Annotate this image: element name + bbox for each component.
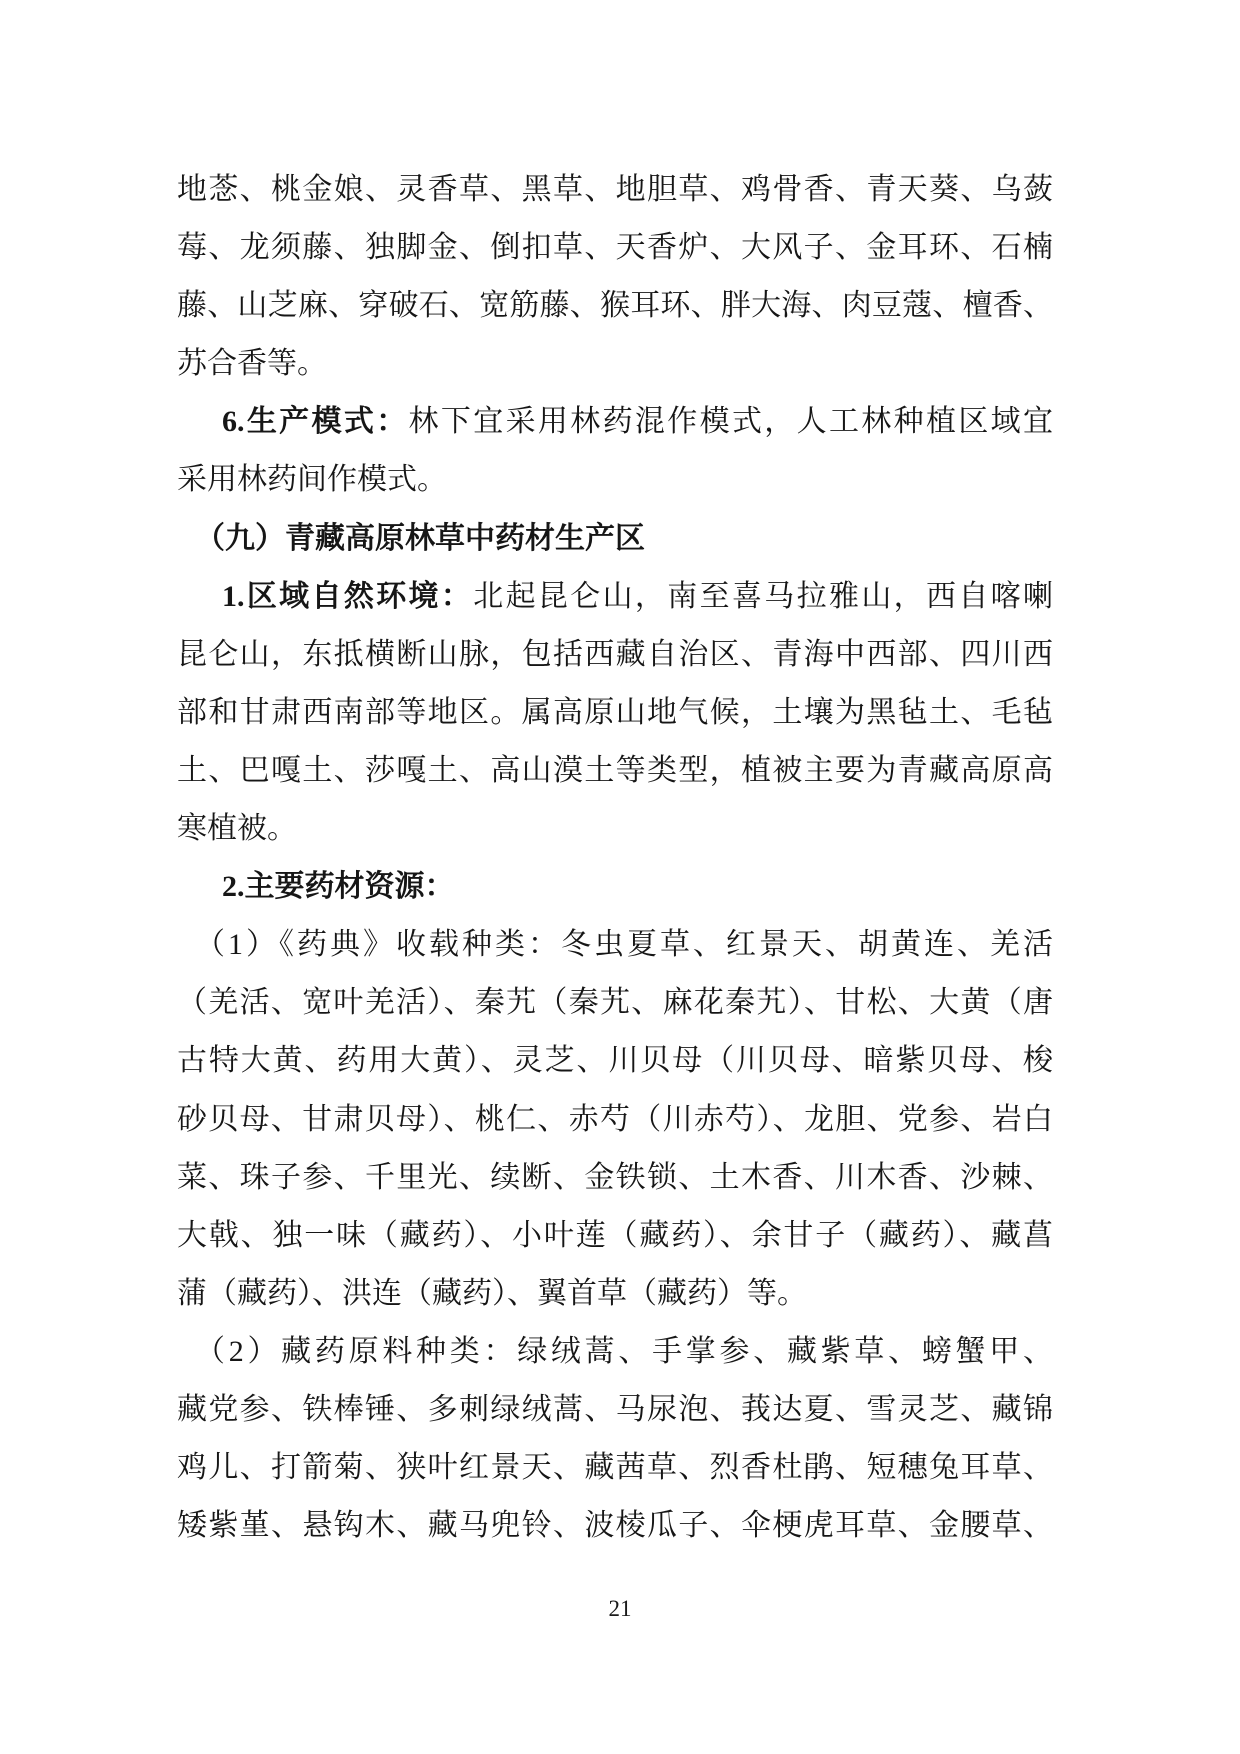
text-line: （九）青藏高原林草中药材生产区	[177, 510, 1053, 568]
text-line: （1）《药典》收载种类：冬虫夏草、红景天、胡黄连、羌活	[177, 916, 1053, 974]
heading-run: 1.区域自然环境：	[222, 580, 473, 613]
text-line: 昆仑山，东抵横断山脉，包括西藏自治区、青海中西部、四川西	[177, 626, 1053, 684]
heading-run: 6.生产模式：	[222, 405, 409, 438]
text-line: （2）藏药原料种类：绿绒蒿、手掌参、藏紫草、螃蟹甲、	[177, 1323, 1053, 1381]
text-line: 地菍、桃金娘、灵香草、黑草、地胆草、鸡骨香、青天葵、乌蔹	[177, 161, 1053, 219]
heading-run: 2.主要药材资源：	[222, 870, 455, 903]
text-run: 昆仑山，东抵横断山脉，包括西藏自治区、青海中西部、四川西	[177, 638, 1053, 671]
document-body: 地菍、桃金娘、灵香草、黑草、地胆草、鸡骨香、青天葵、乌蔹莓、龙须藤、独脚金、倒扣…	[177, 161, 1053, 1555]
text-run: 采用林药间作模式。	[177, 463, 447, 496]
text-run: 林下宜采用林药混作模式，人工林种植区域宜	[409, 405, 1053, 438]
text-run: 砂贝母、甘肃贝母）、桃仁、赤芍（川赤芍）、龙胆、党参、岩白	[177, 1103, 1053, 1136]
page-number: 21	[0, 1594, 1240, 1624]
text-line: 砂贝母、甘肃贝母）、桃仁、赤芍（川赤芍）、龙胆、党参、岩白	[177, 1091, 1053, 1149]
text-line: 矮紫堇、悬钩木、藏马兜铃、波棱瓜子、伞梗虎耳草、金腰草、	[177, 1497, 1053, 1555]
heading-run: （九）青藏高原林草中药材生产区	[195, 522, 645, 555]
text-line: 寒植被。	[177, 800, 1053, 858]
text-line: （羌活、宽叶羌活）、秦艽（秦艽、麻花秦艽）、甘松、大黄（唐	[177, 974, 1053, 1032]
text-line: 土、巴嘎土、莎嘎土、高山漠土等类型，植被主要为青藏高原高	[177, 742, 1053, 800]
text-run: 寒植被。	[177, 812, 297, 845]
text-line: 2.主要药材资源：	[177, 858, 1053, 916]
text-run: 矮紫堇、悬钩木、藏马兜铃、波棱瓜子、伞梗虎耳草、金腰草、	[177, 1509, 1053, 1542]
text-line: 藏党参、铁棒锤、多刺绿绒蒿、马尿泡、莪达夏、雪灵芝、藏锦	[177, 1381, 1053, 1439]
text-run: （2）藏药原料种类：绿绒蒿、手掌参、藏紫草、螃蟹甲、	[195, 1335, 1053, 1368]
text-run: 大戟、独一味（藏药）、小叶莲（藏药）、余甘子（藏药）、藏菖	[177, 1219, 1053, 1252]
text-run: （羌活、宽叶羌活）、秦艽（秦艽、麻花秦艽）、甘松、大黄（唐	[177, 986, 1053, 1019]
text-run: 莓、龙须藤、独脚金、倒扣草、天香炉、大风子、金耳环、石楠	[177, 231, 1053, 264]
text-line: 蒲（藏药）、洪连（藏药）、翼首草（藏药）等。	[177, 1265, 1053, 1323]
text-line: 藤、山芝麻、穿破石、宽筋藤、猴耳环、胖大海、肉豆蔻、檀香、	[177, 277, 1053, 335]
text-run: 鸡儿、打箭菊、狭叶红景天、藏茜草、烈香杜鹃、短穗兔耳草、	[177, 1451, 1053, 1484]
text-run: 北起昆仑山，南至喜马拉雅山，西自喀喇	[473, 580, 1053, 613]
text-run: 藏党参、铁棒锤、多刺绿绒蒿、马尿泡、莪达夏、雪灵芝、藏锦	[177, 1393, 1053, 1426]
text-run: （1）《药典》收载种类：冬虫夏草、红景天、胡黄连、羌活	[195, 928, 1053, 961]
text-run: 苏合香等。	[177, 347, 327, 380]
text-line: 苏合香等。	[177, 335, 1053, 393]
text-run: 地菍、桃金娘、灵香草、黑草、地胆草、鸡骨香、青天葵、乌蔹	[177, 173, 1053, 206]
text-line: 1.区域自然环境：北起昆仑山，南至喜马拉雅山，西自喀喇	[177, 568, 1053, 626]
text-line: 大戟、独一味（藏药）、小叶莲（藏药）、余甘子（藏药）、藏菖	[177, 1207, 1053, 1265]
document-page: 地菍、桃金娘、灵香草、黑草、地胆草、鸡骨香、青天葵、乌蔹莓、龙须藤、独脚金、倒扣…	[0, 0, 1240, 1754]
text-run: 菜、珠子参、千里光、续断、金铁锁、土木香、川木香、沙棘、	[177, 1161, 1053, 1194]
text-line: 采用林药间作模式。	[177, 451, 1053, 509]
text-line: 鸡儿、打箭菊、狭叶红景天、藏茜草、烈香杜鹃、短穗兔耳草、	[177, 1439, 1053, 1497]
text-run: 藤、山芝麻、穿破石、宽筋藤、猴耳环、胖大海、肉豆蔻、檀香、	[177, 289, 1053, 322]
text-line: 莓、龙须藤、独脚金、倒扣草、天香炉、大风子、金耳环、石楠	[177, 219, 1053, 277]
text-line: 菜、珠子参、千里光、续断、金铁锁、土木香、川木香、沙棘、	[177, 1149, 1053, 1207]
text-run: 古特大黄、药用大黄）、灵芝、川贝母（川贝母、暗紫贝母、梭	[177, 1044, 1053, 1077]
text-line: 古特大黄、药用大黄）、灵芝、川贝母（川贝母、暗紫贝母、梭	[177, 1032, 1053, 1090]
text-run: 部和甘肃西南部等地区。属高原山地气候，土壤为黑毡土、毛毡	[177, 696, 1053, 729]
text-line: 6.生产模式：林下宜采用林药混作模式，人工林种植区域宜	[177, 393, 1053, 451]
text-run: 土、巴嘎土、莎嘎土、高山漠土等类型，植被主要为青藏高原高	[177, 754, 1053, 787]
text-line: 部和甘肃西南部等地区。属高原山地气候，土壤为黑毡土、毛毡	[177, 684, 1053, 742]
text-run: 蒲（藏药）、洪连（藏药）、翼首草（藏药）等。	[177, 1277, 807, 1310]
